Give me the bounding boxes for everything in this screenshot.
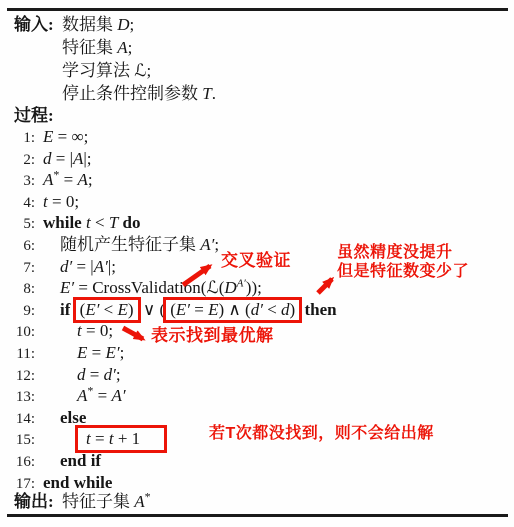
line-number: 9: [0, 301, 43, 323]
code-text: E′ [60, 278, 74, 297]
code-text: A′ [111, 386, 125, 405]
line-number: 10: [0, 322, 43, 344]
annotation-timeout: 若T次都没找到，则不会给出解 [209, 424, 434, 443]
code-text: d′ [104, 365, 116, 384]
code-text: E [77, 343, 87, 362]
code-text: < [263, 300, 281, 319]
line-content: E = E′; [43, 343, 124, 362]
line-content: d = |A|; [43, 149, 92, 168]
annotation-accuracy-line2: 但是特征数变少了 [337, 262, 469, 281]
code-text: ; [130, 15, 135, 34]
input-section: 输入:数据集 D;特征集 A;学习算法 ℒ;停止条件控制参数 T. [14, 13, 510, 105]
annotation-optimal-solution: 表示找到最优解 [151, 326, 274, 345]
code-text: E [208, 300, 218, 319]
code-text: = CrossValidation(ℒ( [74, 278, 224, 297]
code-text: ∨ ( [139, 300, 166, 319]
input-line: 特征集 A; [14, 36, 510, 59]
code-text: A′ [94, 257, 108, 276]
code-text: d′ [60, 257, 72, 276]
code-text: else [60, 408, 86, 427]
code-text: E [118, 300, 128, 319]
line-number: 8: [0, 279, 43, 301]
line-number: 7: [0, 258, 43, 280]
code-text: 特征子集 [62, 492, 134, 511]
code-text: ) ∧ ( [218, 300, 250, 319]
code-text: A′ [237, 278, 246, 290]
line-number: 13: [0, 387, 43, 409]
code-text: d′ [251, 300, 263, 319]
code-text: ; [116, 365, 121, 384]
line-number: 5: [0, 214, 43, 236]
code-line: 3:A* = A; [0, 169, 514, 191]
line-content: end while [43, 473, 112, 492]
code-text: A [134, 492, 144, 511]
line-content: while t < T do [43, 213, 141, 232]
code-text: 停止条件控制参数 [62, 84, 202, 103]
code-text: ; [147, 61, 152, 80]
code-text: . [212, 84, 216, 103]
code-text: A [117, 38, 127, 57]
code-text: * [145, 489, 151, 503]
red-highlight-box: (E′ = E) ∧ (d′ < d) [163, 297, 302, 323]
code-text: + 1 [114, 429, 141, 448]
input-line: 停止条件控制参数 T. [14, 82, 510, 105]
line-content: 随机产生特征子集 A′; [43, 235, 219, 254]
code-text: < [99, 300, 117, 319]
code-text: = [86, 365, 104, 384]
line-number: 3: [0, 171, 43, 193]
red-highlight-box: (E′ < E) [73, 297, 141, 323]
line-content: A* = A; [43, 170, 93, 189]
code-text: = ∞; [53, 127, 88, 146]
line-number: 14: [0, 409, 43, 431]
annotation-cross-validation: 交叉验证 [221, 251, 291, 270]
code-text: do [123, 213, 141, 232]
line-content: end if [43, 451, 101, 470]
code-line: 2:d = |A|; [0, 148, 514, 170]
code-text: d [77, 365, 86, 384]
code-text: d [43, 149, 52, 168]
process-label: 过程: [14, 105, 54, 127]
line-content: d′ = |A′|; [43, 257, 116, 276]
code-text: A [77, 170, 87, 189]
code-text: = [190, 300, 208, 319]
code-text: 数据集 [62, 15, 117, 34]
code-text: = 0; [48, 192, 79, 211]
code-text: ; [128, 38, 133, 57]
code-text: = 0; [82, 321, 113, 340]
line-number: 2: [0, 150, 43, 172]
code-text: E′ [105, 343, 119, 362]
code-text: 学习算法 [62, 61, 134, 80]
code-text: while [43, 213, 86, 232]
bottom-rule [7, 514, 508, 517]
code-text: A [77, 386, 87, 405]
line-content: E′ = CrossValidation(ℒ(DA′)); [43, 278, 262, 297]
line-number: 6: [0, 236, 43, 258]
line-content: t = 0; [43, 321, 113, 340]
code-text: = | [72, 257, 94, 276]
algorithm-figure: 输入:数据集 D;特征集 A;学习算法 ℒ;停止条件控制参数 T. 过程: 1:… [0, 0, 514, 527]
code-text: |; [108, 257, 116, 276]
line-content: E = ∞; [43, 127, 88, 146]
code-text: end if [60, 451, 101, 470]
code-text: )); [246, 278, 262, 297]
code-text: T [202, 84, 211, 103]
input-label: 输入: [14, 13, 62, 36]
line-content: else [43, 408, 86, 427]
code-line: 17:end while [0, 472, 514, 494]
code-line: 1:E = ∞; [0, 126, 514, 148]
code-text: = [91, 429, 109, 448]
line-number: 4: [0, 193, 43, 215]
code-text: end while [43, 473, 112, 492]
code-text: ; [214, 235, 219, 254]
code-text: D [117, 15, 129, 34]
line-number: 15: [0, 430, 43, 452]
code-text: ) [290, 300, 296, 319]
annotation-accuracy-line1: 虽然精度没提升 [337, 243, 453, 262]
code-line: 5:while t < T do [0, 212, 514, 234]
code-text: A′ [200, 235, 214, 254]
code-text: = [59, 170, 77, 189]
code-text: A [73, 149, 83, 168]
line-number: 1: [0, 128, 43, 150]
line-content: A* = A′ [43, 386, 126, 405]
code-line: 16:end if [0, 450, 514, 472]
code-text: A [43, 170, 53, 189]
top-rule [7, 8, 508, 11]
line-content: if (E′ < E) ∨ ((E′ = E) ∧ (d′ < d) then [43, 300, 337, 319]
line-number: 16: [0, 452, 43, 474]
code-text: E′ [176, 300, 190, 319]
output-label: 输出: [14, 491, 62, 513]
line-content: t = 0; [43, 192, 79, 211]
code-text: d [281, 300, 290, 319]
input-line: 学习算法 ℒ; [14, 59, 510, 82]
input-line: 输入:数据集 D; [14, 13, 510, 36]
code-text: = [93, 386, 111, 405]
code-text: ℒ [134, 61, 146, 80]
code-text: E [43, 127, 53, 146]
line-content: t = t + 1 [43, 429, 165, 448]
code-text: ; [88, 170, 93, 189]
code-text: 随机产生特征子集 [60, 235, 200, 254]
output-line: 输出:特征子集 A* [14, 491, 151, 513]
output-value: 特征子集 A* [62, 492, 151, 511]
code-text: D [224, 278, 236, 297]
code-line: 12:d = d′; [0, 364, 514, 386]
line-number: 12: [0, 366, 43, 388]
code-line: 4:t = 0; [0, 191, 514, 213]
code-line: 11:E = E′; [0, 342, 514, 364]
code-text: = | [52, 149, 74, 168]
code-line: 13:A* = A′ [0, 385, 514, 407]
line-content: d = d′; [43, 365, 121, 384]
code-text: 特征集 [62, 38, 117, 57]
code-text: then [300, 300, 336, 319]
code-text: ; [120, 343, 125, 362]
code-text: = [87, 343, 105, 362]
code-text: < [91, 213, 109, 232]
code-text: |; [83, 149, 91, 168]
code-text: E′ [85, 300, 99, 319]
code-text: ) [128, 300, 134, 319]
line-number: 11: [0, 344, 43, 366]
code-text: T [109, 213, 118, 232]
code-line: 9:if (E′ < E) ∨ ((E′ = E) ∧ (d′ < d) the… [0, 299, 514, 321]
